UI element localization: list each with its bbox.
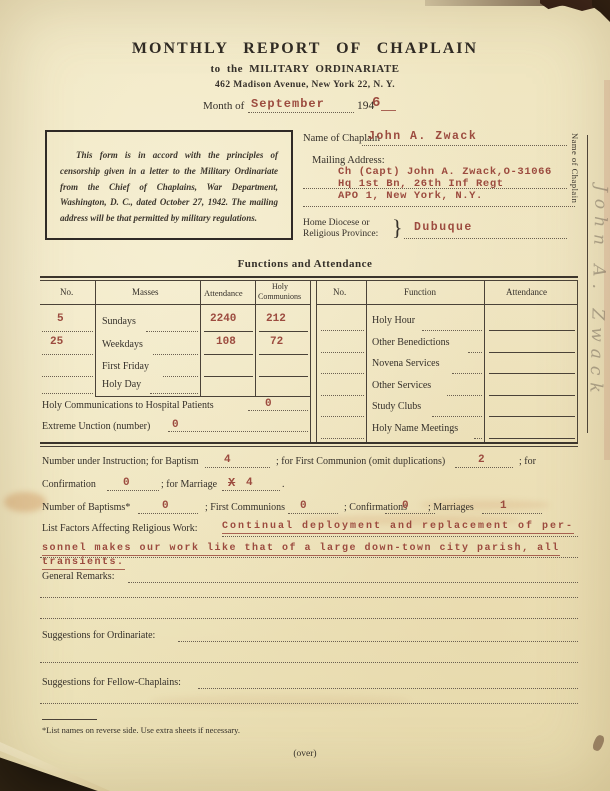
fill-line xyxy=(222,536,578,537)
left-col-no: No. xyxy=(60,287,73,297)
vline-masses-att xyxy=(200,280,201,397)
row-line xyxy=(432,416,482,417)
fill-line xyxy=(205,467,270,468)
blank-line xyxy=(178,641,578,642)
month-dotted-line xyxy=(248,112,354,113)
row-line xyxy=(259,331,308,332)
mailing-line-2: Hq 1st Bn, 26th Inf Regt xyxy=(338,178,504,190)
sacraments-baptisms-value: 0 xyxy=(162,500,169,512)
right-col-attendance: Attendance xyxy=(506,287,547,297)
footnote-rule xyxy=(42,719,97,720)
masses-sundays-communions: 212 xyxy=(266,313,286,325)
table-bottom-rule xyxy=(40,442,578,444)
suggestions-ordinariate-label: Suggestions for Ordinariate: xyxy=(42,630,155,641)
row-line xyxy=(150,393,198,394)
year-digit: 6 xyxy=(372,95,380,111)
fill-line xyxy=(385,513,435,514)
margin-vertical-label: Name of Chaplain xyxy=(570,133,580,203)
blank-line xyxy=(128,582,578,583)
row-line xyxy=(474,438,482,439)
right-col-no: No. xyxy=(333,287,346,297)
instruction-marriage-value: 4 xyxy=(246,477,253,489)
sacraments-marriages-value: 1 xyxy=(500,500,507,512)
masses-weekdays-communions: 72 xyxy=(270,336,283,348)
censorship-notice-box: This form is in accord with the principl… xyxy=(45,130,293,240)
ordinariate-address: 462 Madison Avenue, New York 22, N. Y. xyxy=(0,80,610,90)
over-label: (over) xyxy=(0,749,610,759)
fill-line xyxy=(482,513,542,514)
blank-line xyxy=(40,703,578,704)
masses-weekdays-label: Weekdays xyxy=(102,339,143,350)
factors-typed-line3: transients. xyxy=(42,557,125,570)
function-study-clubs: Study Clubs xyxy=(372,401,421,412)
diocese-value: Dubuque xyxy=(414,221,473,234)
vline-right-outer xyxy=(577,280,578,444)
function-other-benedictions: Other Benedictions xyxy=(372,337,449,348)
vline-divider-1 xyxy=(310,280,311,444)
row-line xyxy=(489,438,575,439)
instruction-part3: ; for xyxy=(519,456,536,467)
mailing-address-label: Mailing Address: xyxy=(312,155,385,166)
instruction-part2: ; for First Communion (omit duplications… xyxy=(276,456,445,467)
row-line xyxy=(168,431,308,432)
row-line xyxy=(321,330,364,331)
mailing-line-3: APO 1, New York, N.Y. xyxy=(338,190,483,202)
instruction-part4: Confirmation xyxy=(42,479,96,490)
factors-label: List Factors Affecting Religious Work: xyxy=(42,523,197,534)
fill-line xyxy=(288,513,338,514)
censorship-notice-text: This form is in accord with the principl… xyxy=(60,148,278,227)
extreme-unction-label: Extreme Unction (number) xyxy=(42,421,150,432)
row-line xyxy=(321,438,364,439)
row-line xyxy=(204,354,253,355)
instruction-part1: Number under Instruction; for Baptism xyxy=(42,456,199,467)
row-line xyxy=(452,373,482,374)
diocese-label-line2: Religious Province: xyxy=(303,229,378,239)
table-top-rule xyxy=(40,276,578,278)
blank-line xyxy=(40,662,578,663)
extreme-unction-value: 0 xyxy=(172,419,179,431)
vline-rno-func xyxy=(366,280,367,444)
vline-func-att xyxy=(484,280,485,444)
row-line xyxy=(489,395,575,396)
hospital-communions-label: Holy Communications to Hospital Patients xyxy=(42,400,214,411)
instruction-first-communion-value: 2 xyxy=(478,454,485,466)
row-line xyxy=(321,373,364,374)
masses-holyday-label: Holy Day xyxy=(102,379,141,390)
fill-line xyxy=(107,490,159,491)
sacraments-confirmations-value: 0 xyxy=(402,500,409,512)
document-page: MONTHLY REPORT OF CHAPLAIN to the MILITA… xyxy=(0,0,610,791)
row-line xyxy=(321,416,364,417)
row-line xyxy=(489,416,575,417)
row-line xyxy=(146,331,198,332)
row-line xyxy=(259,376,308,377)
suggestions-fellow-label: Suggestions for Fellow-Chaplains: xyxy=(42,677,181,688)
general-remarks-label: General Remarks: xyxy=(42,571,114,582)
row-line xyxy=(489,330,575,331)
vline-att-comm xyxy=(255,280,256,397)
row-line xyxy=(42,376,93,377)
row-line xyxy=(422,330,482,331)
row-line xyxy=(42,331,93,332)
page-title: MONTHLY REPORT OF CHAPLAIN xyxy=(0,40,610,58)
sacraments-part4: ; Marriages xyxy=(428,502,474,513)
row-line xyxy=(259,354,308,355)
row-line xyxy=(248,410,308,411)
function-holy-hour: Holy Hour xyxy=(372,315,415,326)
table-title: Functions and Attendance xyxy=(0,258,610,270)
row-line xyxy=(489,373,575,374)
diocese-brace: } xyxy=(392,215,403,241)
bleed-smudge-4 xyxy=(150,695,410,707)
left-col-communions-1: Holy xyxy=(272,282,288,291)
fill-line xyxy=(455,467,513,468)
function-holy-name-meetings: Holy Name Meetings xyxy=(372,423,458,434)
instruction-part5: ; for Marriage xyxy=(161,479,217,490)
diocese-label-line1: Home Diocese or xyxy=(303,218,369,228)
masses-sundays-no: 5 xyxy=(57,313,64,325)
vline-divider-2 xyxy=(316,280,317,444)
instruction-marriage-struck: X xyxy=(228,476,235,490)
instruction-period: . xyxy=(282,479,285,490)
row-line xyxy=(42,393,93,394)
table-top-rule-2 xyxy=(40,280,578,281)
left-col-communions-2: Communions xyxy=(258,292,301,301)
instruction-confirmation-value: 0 xyxy=(123,477,130,489)
row-line xyxy=(204,376,253,377)
masses-weekdays-attendance: 108 xyxy=(216,336,236,348)
left-col-attendance: Attendance xyxy=(204,288,243,298)
sacraments-first-communions-value: 0 xyxy=(300,500,307,512)
right-header-underline xyxy=(317,304,578,305)
mailing-dotted-line-2 xyxy=(303,206,575,207)
blank-line xyxy=(40,597,578,598)
table-bottom-rule-2 xyxy=(40,446,578,447)
masses-sundays-attendance: 2240 xyxy=(210,313,236,325)
diocese-dotted-line xyxy=(404,238,567,239)
month-label: Month of xyxy=(203,100,244,112)
margin-bleed-smudge xyxy=(4,492,46,512)
left-col-masses: Masses xyxy=(132,287,159,297)
footnote-text: *List names on reverse side. Use extra s… xyxy=(42,725,240,735)
month-value: September xyxy=(251,97,325,111)
row-line xyxy=(163,376,198,377)
right-col-function: Function xyxy=(404,287,436,297)
row-line xyxy=(321,352,364,353)
hospital-communions-value: 0 xyxy=(265,398,272,410)
function-other-services: Other Services xyxy=(372,380,431,391)
name-dotted-line xyxy=(362,145,567,146)
instruction-baptism-value: 4 xyxy=(224,454,231,466)
sacraments-part3: ; Confirmations xyxy=(344,502,407,513)
row-line xyxy=(204,331,253,332)
row-line xyxy=(95,396,310,397)
sacraments-part2: ; First Communions xyxy=(205,502,285,513)
function-novena-services: Novena Services xyxy=(372,358,439,369)
masses-firstfriday-label: First Friday xyxy=(102,361,149,372)
factors-typed-line2: sonnel makes our work like that of a lar… xyxy=(42,543,560,556)
sacraments-part1: Number of Baptisms* xyxy=(42,502,130,513)
left-header-underline xyxy=(40,304,310,305)
fill-line xyxy=(138,513,198,514)
vline-no-masses xyxy=(95,280,96,397)
factors-typed-line1: Continual deployment and replacement of … xyxy=(222,521,574,534)
year-underline xyxy=(381,110,396,111)
masses-sundays-label: Sundays xyxy=(102,316,136,327)
fill-line xyxy=(222,490,280,491)
page-subtitle: to the MILITARY ORDINARIATE xyxy=(0,63,610,75)
row-line xyxy=(321,395,364,396)
row-line xyxy=(42,354,93,355)
top-right-corner-dark xyxy=(592,0,610,22)
row-line xyxy=(447,395,482,396)
row-line xyxy=(489,352,575,353)
row-line xyxy=(468,352,482,353)
mailing-line-1: Ch (Capt) John A. Zwack,O-31066 xyxy=(338,166,552,178)
masses-weekdays-no: 25 xyxy=(50,336,63,348)
blank-line xyxy=(40,618,578,619)
row-line xyxy=(153,354,198,355)
name-of-chaplain-value: John A. Zwack xyxy=(368,130,477,143)
blank-line xyxy=(198,688,578,689)
